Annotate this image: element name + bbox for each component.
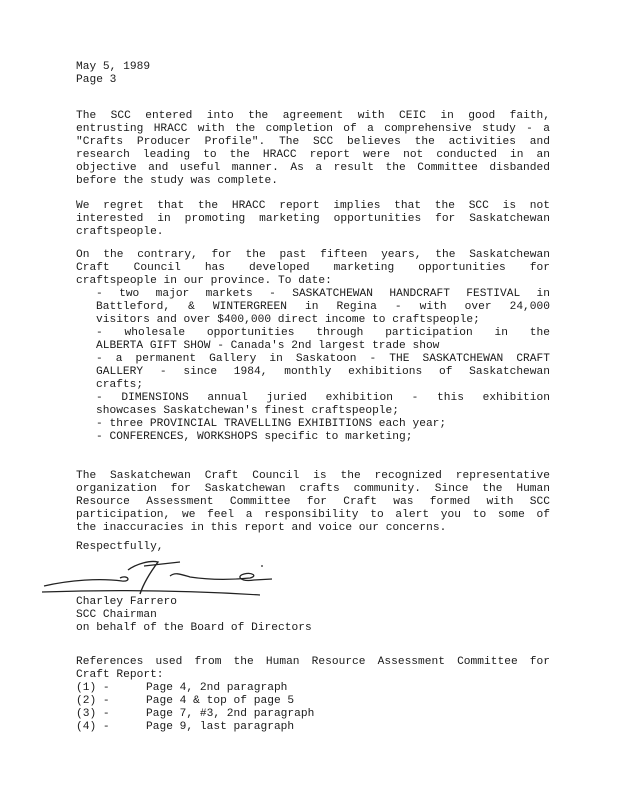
references-intro: References used from the Human Resource … bbox=[76, 656, 550, 669]
list-item: - CONFERENCES, WORKSHOPS specific to mar… bbox=[96, 431, 550, 444]
letter-date: May 5, 1989 bbox=[76, 61, 550, 74]
reference-text: Page 7, #3, 2nd paragraph bbox=[146, 708, 546, 721]
paragraph-3-line: Craft Council has developed marketing op… bbox=[76, 262, 550, 275]
paragraph-4-line: the inaccuracies in this report and voic… bbox=[76, 522, 550, 535]
list-item: visitors and over $400,000 direct income… bbox=[96, 314, 550, 327]
list-item: ALBERTA GIFT SHOW - Canada's 2nd largest… bbox=[96, 340, 550, 353]
paragraph-1-line: research leading to the HRACC report wer… bbox=[76, 149, 550, 162]
list-item: - two major markets - SASKATCHEWAN HANDC… bbox=[96, 288, 550, 301]
paragraph-1-line: entrusting HRACC with the completion of … bbox=[76, 123, 550, 136]
paragraph-1-line: The SCC entered into the agreement with … bbox=[76, 110, 550, 123]
list-item: - wholesale opportunities through partic… bbox=[96, 327, 550, 340]
signer-title: SCC Chairman bbox=[76, 609, 550, 622]
list-item: - a permanent Gallery in Saskatoon - THE… bbox=[96, 353, 550, 366]
paragraph-3-line: On the contrary, for the past fifteen ye… bbox=[76, 249, 550, 262]
reference-number: (2) - bbox=[76, 695, 136, 708]
list-item: Battleford, & WINTERGREEN in Regina - wi… bbox=[96, 301, 550, 314]
paragraph-4-line: Resource Assessment Committee for Craft … bbox=[76, 496, 550, 509]
page-number: Page 3 bbox=[76, 74, 550, 87]
paragraph-2-line: interested in promoting marketing opport… bbox=[76, 213, 550, 226]
references-intro: Craft Report: bbox=[76, 669, 550, 682]
signature bbox=[40, 548, 280, 598]
paragraph-2-line: We regret that the HRACC report implies … bbox=[76, 200, 550, 213]
list-item: crafts; bbox=[96, 379, 550, 392]
reference-text: Page 9, last paragraph bbox=[146, 721, 546, 734]
paragraph-3-line: craftspeople in our province. To date: bbox=[76, 275, 550, 288]
paragraph-1-line: objective and useful manner. As a result… bbox=[76, 162, 550, 175]
list-item: showcases Saskatchewan's finest craftspe… bbox=[96, 405, 550, 418]
reference-number: (1) - bbox=[76, 682, 136, 695]
list-item: - three PROVINCIAL TRAVELLING EXHIBITION… bbox=[96, 418, 550, 431]
signer-behalf: on behalf of the Board of Directors bbox=[76, 622, 550, 635]
letter-page: May 5, 1989 Page 3 The SCC entered into … bbox=[0, 0, 618, 800]
reference-text: Page 4, 2nd paragraph bbox=[146, 682, 546, 695]
paragraph-4-line: The Saskatchewan Craft Council is the re… bbox=[76, 470, 550, 483]
reference-text: Page 4 & top of page 5 bbox=[146, 695, 546, 708]
paragraph-2-line: craftspeople. bbox=[76, 226, 550, 239]
paragraph-4-line: participation, we feel a responsibility … bbox=[76, 509, 550, 522]
paragraph-1-line: "Crafts Producer Profile". The SCC belie… bbox=[76, 136, 550, 149]
paragraph-4-line: organization for Saskatchewan crafts com… bbox=[76, 483, 550, 496]
list-item: GALLERY - since 1984, monthly exhibition… bbox=[96, 366, 550, 379]
signer-name: Charley Farrero bbox=[76, 596, 550, 609]
list-item: - DIMENSIONS annual juried exhibition - … bbox=[96, 392, 550, 405]
reference-number: (3) - bbox=[76, 708, 136, 721]
reference-number: (4) - bbox=[76, 721, 136, 734]
paragraph-1-line: before the study was complete. bbox=[76, 175, 550, 188]
